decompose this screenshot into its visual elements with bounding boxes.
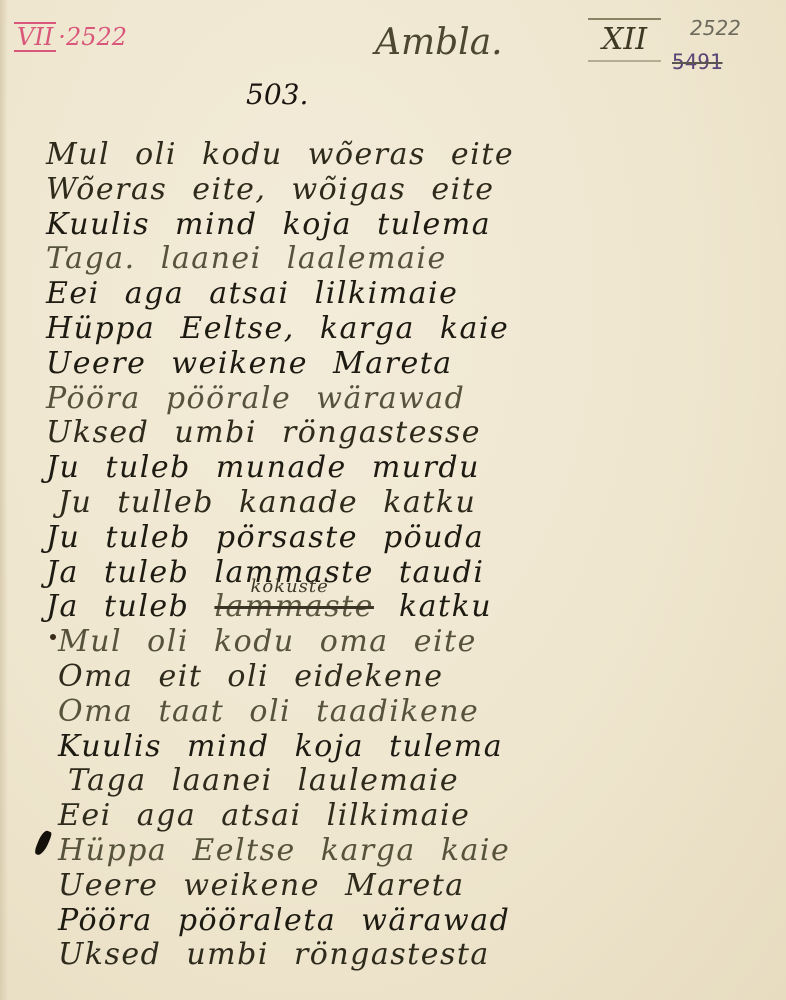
volume-number: XII: [588, 18, 661, 62]
poem-line: Kuulis mind koja tulema: [46, 730, 646, 765]
pencil-catalog-number: 2522: [690, 16, 741, 40]
poem-line: Uksed umbi röngastesse: [46, 416, 646, 451]
poem-line: Ju tuleb munade murdu: [46, 451, 646, 486]
poem-line: Oma eit oli eidekene: [46, 660, 646, 695]
poem-line: Ju tuleb pörsaste pöuda: [46, 521, 646, 556]
archive-stamp: VII·2522: [14, 22, 127, 52]
poem-line: Wõeras eite, wõigas eite: [46, 173, 646, 208]
poem-line: Pööra pöörale wärawad: [46, 382, 646, 417]
correction: lammaste kokuste: [214, 590, 373, 624]
poem-line: Oma taat oli taadikene: [46, 695, 646, 730]
corrected-line-start: Ja tuleb: [46, 589, 189, 624]
poem-line: Eei aga atsai lilkimaie: [46, 799, 646, 834]
poem-line: Hüppa Eeltse karga kaie: [46, 834, 646, 869]
ink-blot: [50, 634, 56, 640]
poem-line: Mul oli kodu wõeras eite: [46, 138, 646, 173]
poem-line: Kuulis mind koja tulema: [46, 208, 646, 243]
place-name: Ambla.: [375, 22, 503, 63]
inserted-word: kokuste: [250, 570, 328, 604]
poem-line: Mul oli kodu oma eite: [46, 625, 646, 660]
poem-verse: Mul oli kodu wõeras eite Wõeras eite, wõ…: [46, 138, 646, 973]
poem-line: Taga laanei laulemaie: [46, 764, 646, 799]
poem-line: Ueere weikene Mareta: [46, 869, 646, 904]
poem-line-corrected: Ja tuleb lammaste kokuste katku: [46, 590, 646, 625]
poem-line: Ja tuleb lammaste taudi: [46, 556, 646, 591]
poem-line: Eei aga atsai lilkimaie: [46, 277, 646, 312]
poem-line: Uksed umbi röngastesta: [46, 938, 646, 973]
archive-stamp-number: 2522: [66, 23, 127, 51]
poem-line: Taga. laanei laalemaie: [46, 242, 646, 277]
poem-line: Ju tulleb kanade katku: [46, 486, 646, 521]
poem-number: 503.: [246, 78, 308, 111]
archive-stamp-roman: VII: [14, 22, 56, 52]
poem-line: Pööra pööraleta wärawad: [46, 904, 646, 939]
struck-catalog-number: 5491: [672, 50, 723, 74]
manuscript-page: VII·2522 Ambla. XII 2522 5491 503. Mul o…: [0, 0, 786, 1000]
corrected-line-end: katku: [399, 589, 492, 624]
poem-line: Ueere weikene Mareta: [46, 347, 646, 382]
archive-stamp-separator: ·: [58, 23, 66, 51]
poem-line: Hüppa Eeltse, karga kaie: [46, 312, 646, 347]
